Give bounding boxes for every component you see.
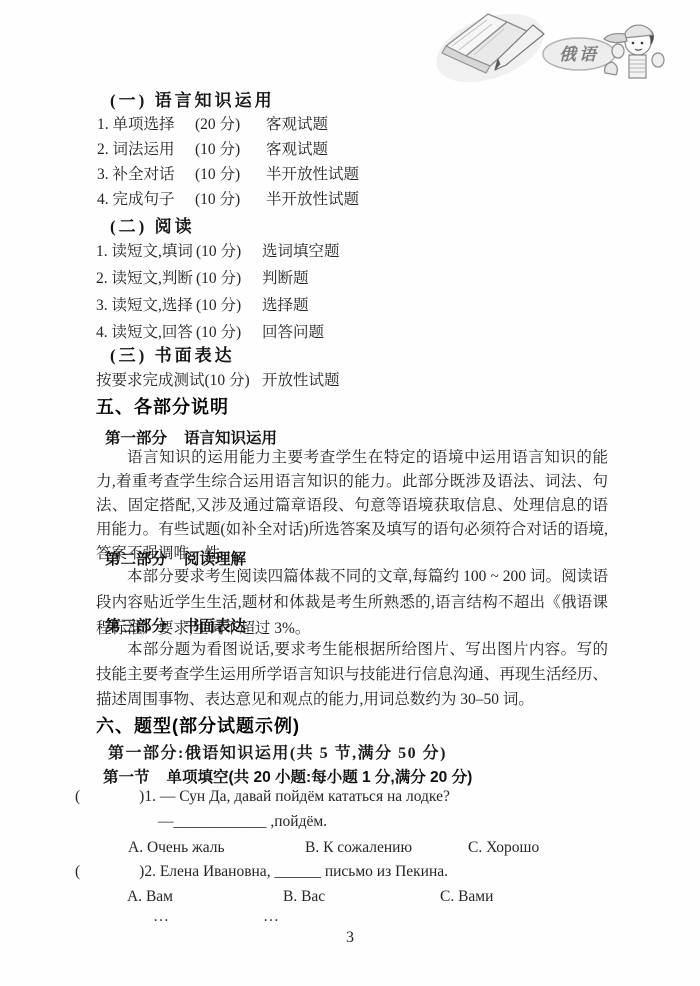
section-heading-six: 六、题型(部分试题示例) [96,712,300,738]
item-score: (10 分) [196,238,262,265]
sample-section-line: 第一节单项填空(共 20 小题:每小题 1 分,满分 20 分) [103,765,472,787]
question-2: ( )2. Елена Ивановна, ______ письмо из П… [75,863,448,881]
item-label: 2. 读短文,判断 [96,265,196,292]
item-type: 判断题 [262,265,309,292]
item-score: (20 分) [195,112,266,137]
question-stem: )2. Елена Ивановна, ______ письмо из Пек… [139,863,448,881]
page-number: 3 [0,929,700,947]
russian-badge-text: 俄语 [559,45,599,64]
item-label: 4. 完成句子 [97,187,195,212]
ellipsis: … [263,908,281,926]
header-illustration: 俄语 [432,2,672,86]
part-title: 书面表达 [184,618,246,635]
item-type: 半开放性试题 [266,187,359,212]
exam-item-row: 2. 词法运用 (10 分) 客观试题 [97,137,359,162]
option-c: C. Хорошо [468,839,539,857]
part-label: 第一部分 [105,430,167,447]
item-label: 2. 词法运用 [97,137,195,162]
item-type: 客观试题 [266,137,328,162]
continuation-ellipsis: … … [96,908,281,926]
outline-list-2: 1. 读短文,填词 (10 分) 选词填空题 2. 读短文,判断 (10 分) … [96,238,340,346]
section-label: 第一节 [103,769,150,786]
exam-item-row: 2. 读短文,判断 (10 分) 判断题 [96,265,340,292]
option-b: B. К сожалению [305,839,468,857]
exam-item-row: 1. 单项选择 (20 分) 客观试题 [97,112,359,137]
part-title: 语言知识运用 [184,430,277,447]
part-label: 第三部分 [105,618,167,635]
outline-heading-3: (三) 书面表达 [110,341,235,366]
item-score: (10 分) [195,137,266,162]
outline-heading-2: (二) 阅读 [110,212,195,237]
item-score: (10 分) [195,187,266,212]
answer-paren: ( [75,863,80,881]
item-score: (10 分) [195,162,266,187]
exam-item-row: 按要求完成测试(10 分) 开放性试题 [96,367,340,394]
document-page: 俄语 (一) 语言知识运用 1. 单项选择 (20 分) 客观 [0,0,700,986]
options-row-2: A. Вам B. Вас C. Вами [127,888,493,906]
exam-item-row: 3. 补全对话 (10 分) 半开放性试题 [97,162,359,187]
item-type: 客观试题 [266,112,328,137]
option-a: A. Вам [127,888,283,906]
item-type: 回答问题 [262,319,324,346]
section-heading-five: 五、各部分说明 [96,393,229,419]
cartoon-boy-icon [604,25,664,78]
part-heading-3: 第三部分书面表达 [105,614,246,636]
outline-heading-1: (一) 语言知识运用 [110,86,275,111]
item-label: 3. 读短文,选择 [96,292,196,319]
item-label: 按要求完成测试(10 分) [96,367,262,394]
question-1: ( )1. — Сун Да, давай пойдём кататься на… [75,788,450,806]
part-heading-1: 第一部分语言知识运用 [105,426,277,448]
question-stem: )1. — Сун Да, давай пойдём кататься на л… [139,788,450,806]
exam-item-row: 4. 完成句子 (10 分) 半开放性试题 [97,187,359,212]
options-row-1: A. Очень жаль B. К сожалению C. Хорошо [128,839,539,857]
item-type: 选词填空题 [262,238,340,265]
exam-item-row: 3. 读短文,选择 (10 分) 选择题 [96,292,340,319]
answer-blank-line: —____________ ,пойдём. [158,813,327,831]
option-a: A. Очень жаль [128,839,305,857]
russian-badge: 俄语 [543,38,615,70]
item-score: (10 分) [196,265,262,292]
outline-list-3: 按要求完成测试(10 分) 开放性试题 [96,367,340,394]
book-pencil-icon [432,2,553,86]
part-paragraph-3: 本部分题为看图说话,要求考生能根据所给图片、写出图片内容。写的技能主要考查学生运… [96,637,608,712]
item-label: 1. 读短文,填词 [96,238,196,265]
item-type: 选择题 [262,292,309,319]
option-b: B. Вас [283,888,440,906]
item-score: (10 分) [196,292,262,319]
ellipsis: … [153,908,171,926]
sample-part-line: 第一部分:俄语知识运用(共 5 节,满分 50 分) [108,740,447,763]
item-type: 半开放性试题 [266,162,359,187]
answer-paren: ( [75,788,80,806]
item-label: 1. 单项选择 [97,112,195,137]
item-label: 3. 补全对话 [97,162,195,187]
header-illustration-svg: 俄语 [432,2,672,86]
option-c: C. Вами [440,888,493,906]
section-title: 单项填空(共 20 小题:每小题 1 分,满分 20 分) [167,769,473,786]
item-type: 开放性试题 [262,367,340,394]
outline-list-1: 1. 单项选择 (20 分) 客观试题 2. 词法运用 (10 分) 客观试题 … [97,112,359,212]
exam-item-row: 1. 读短文,填词 (10 分) 选词填空题 [96,238,340,265]
